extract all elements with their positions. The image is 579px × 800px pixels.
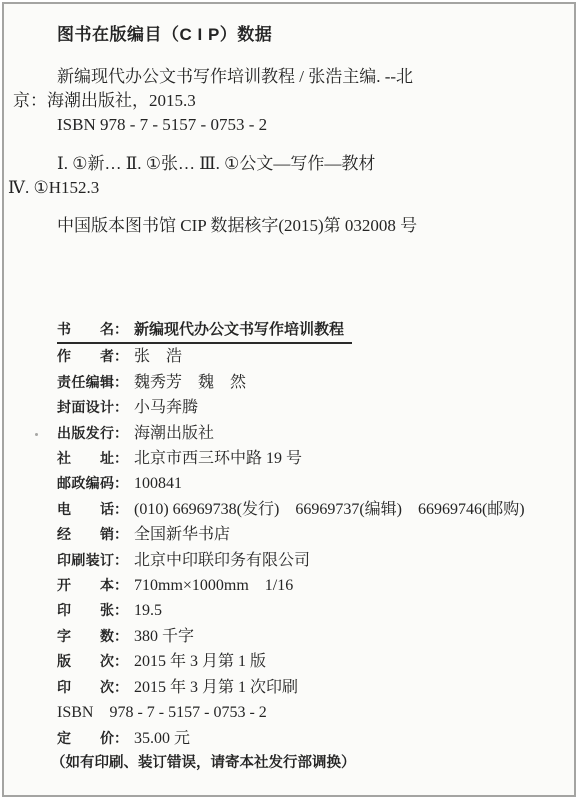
field-colon: ： xyxy=(114,471,128,496)
cip-classification-line-2: Ⅳ. ①H152.3 xyxy=(8,176,574,200)
field-label: 印次 xyxy=(57,675,114,700)
field-label: ISBN xyxy=(57,700,93,725)
colophon-row-address: 社址：北京市西三环中路 19 号 xyxy=(57,446,574,471)
colophon-row-isbn: ISBN978 - 7 - 5157 - 0753 - 2 xyxy=(57,700,574,725)
colophon-row-sheets: 印张：19.5 xyxy=(57,598,574,623)
field-colon: ： xyxy=(114,317,128,342)
field-label: 封面设计 xyxy=(57,395,114,420)
colophon-row-format: 开本：710mm×1000mm 1/16 xyxy=(57,573,574,598)
field-value: 张 浩 xyxy=(134,348,182,365)
field-label: 邮政编码 xyxy=(57,471,114,496)
field-value: 北京中印联印务有限公司 xyxy=(134,552,310,569)
field-colon: ： xyxy=(114,598,128,623)
field-value: 35.00 元 xyxy=(134,730,190,747)
colophon-row-editor: 责任编辑：魏秀芳 魏 然 xyxy=(57,370,574,395)
field-label: 电话 xyxy=(57,497,114,522)
field-colon: ： xyxy=(114,649,128,674)
field-label: 字数 xyxy=(57,624,114,649)
field-value: 全国新华书店 xyxy=(134,526,230,543)
scan-speck xyxy=(35,433,38,436)
field-colon: ： xyxy=(114,344,128,369)
misprint-exchange-note: （如有印刷、装订错误，请寄本社发行部调换） xyxy=(51,751,574,776)
cip-classification-line-1: Ⅰ. ①新… Ⅱ. ①张… Ⅲ. ①公文—写作—教材 xyxy=(57,152,574,176)
book-title-underlined: 书名：新编现代办公文书写作培训教程 xyxy=(57,317,352,344)
field-colon: ： xyxy=(114,421,128,446)
field-label: 书名 xyxy=(57,317,114,342)
field-colon: ： xyxy=(114,726,128,751)
field-colon: ： xyxy=(114,675,128,700)
field-label: 定价 xyxy=(57,726,114,751)
field-label: 印刷装订 xyxy=(57,548,114,573)
field-label: 作者 xyxy=(57,344,114,369)
colophon-row-telephone: 电话：(010) 66969738(发行) 66969737(编辑) 66969… xyxy=(57,497,574,522)
field-value: (010) 66969738(发行) 66969737(编辑) 66969746… xyxy=(134,501,525,518)
field-label: 开本 xyxy=(57,573,114,598)
colophon-row-edition: 版次：2015 年 3 月第 1 版 xyxy=(57,649,574,674)
field-value: 北京市西三环中路 19 号 xyxy=(134,450,302,467)
cip-record-number-line: 中国版本图书馆 CIP 数据核字(2015)第 032008 号 xyxy=(57,214,574,238)
field-label: 版次 xyxy=(57,649,114,674)
colophon-row-author: 作者：张 浩 xyxy=(57,344,574,369)
colophon-row-postcode: 邮政编码：100841 xyxy=(57,471,574,496)
colophon-row-distribution: 经销：全国新华书店 xyxy=(57,522,574,547)
field-colon: ： xyxy=(114,446,128,471)
field-value: 19.5 xyxy=(134,602,162,619)
colophon-block: 书名：新编现代办公文书写作培训教程 作者：张 浩 责任编辑：魏秀芳 魏 然 封面… xyxy=(4,317,574,776)
field-label: 社址 xyxy=(57,446,114,471)
field-colon: ： xyxy=(114,497,128,522)
field-label: 出版发行 xyxy=(57,421,114,446)
field-colon: ： xyxy=(114,548,128,573)
field-value: 新编现代办公文书写作培训教程 xyxy=(134,321,344,338)
colophon-row-impression: 印次：2015 年 3 月第 1 次印刷 xyxy=(57,675,574,700)
field-colon: ： xyxy=(114,573,128,598)
field-value: 小马奔腾 xyxy=(134,399,198,416)
field-colon: ： xyxy=(114,624,128,649)
cip-data-block: 图书在版编目（C I P）数据 新编现代办公文书写作培训教程 / 张浩主编. -… xyxy=(4,4,574,238)
field-label: 责任编辑 xyxy=(57,370,114,395)
field-value: 710mm×1000mm 1/16 xyxy=(134,577,293,594)
field-colon: ： xyxy=(114,522,128,547)
field-value: 100841 xyxy=(134,475,182,492)
colophon-row-price: 定价：35.00 元 xyxy=(57,726,574,751)
field-value: 380 千字 xyxy=(134,628,194,645)
cip-heading: 图书在版编目（C I P）数据 xyxy=(57,22,574,48)
field-label: 印张 xyxy=(57,598,114,623)
field-colon: ： xyxy=(114,370,128,395)
colophon-row-printing: 印刷装订：北京中印联印务有限公司 xyxy=(57,548,574,573)
cip-entry-line-1: 新编现代办公文书写作培训教程 / 张浩主编. --北 xyxy=(57,65,574,89)
colophon-row-publisher: 出版发行：海潮出版社 xyxy=(57,421,574,446)
field-value: 978 - 7 - 5157 - 0753 - 2 xyxy=(109,704,266,721)
cip-isbn-line: ISBN 978 - 7 - 5157 - 0753 - 2 xyxy=(57,113,574,137)
colophon-row-book-title: 书名：新编现代办公文书写作培训教程 xyxy=(57,317,574,344)
field-value: 2015 年 3 月第 1 版 xyxy=(134,653,266,670)
field-colon: ： xyxy=(114,395,128,420)
colophon-row-word-count: 字数：380 千字 xyxy=(57,624,574,649)
field-label: 经销 xyxy=(57,522,114,547)
colophon-row-cover-design: 封面设计：小马奔腾 xyxy=(57,395,574,420)
cip-entry-line-2: 京：海潮出版社，2015.3 xyxy=(13,89,574,113)
field-value: 海潮出版社 xyxy=(134,425,214,442)
page-body: 图书在版编目（C I P）数据 新编现代办公文书写作培训教程 / 张浩主编. -… xyxy=(2,2,576,797)
field-value: 2015 年 3 月第 1 次印刷 xyxy=(134,679,298,696)
scanned-copyright-page: 图书在版编目（C I P）数据 新编现代办公文书写作培训教程 / 张浩主编. -… xyxy=(0,0,579,800)
field-value: 魏秀芳 魏 然 xyxy=(134,374,246,391)
